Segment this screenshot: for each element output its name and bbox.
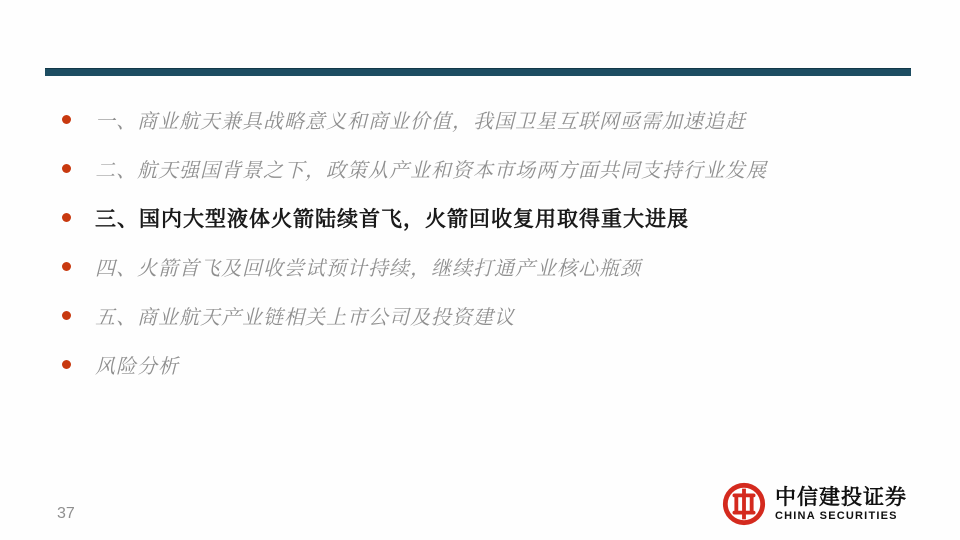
toc-item-label: 五、商业航天产业链相关上市公司及投资建议 — [95, 301, 515, 330]
slide: 一、商业航天兼具战略意义和商业价值，我国卫星互联网亟需加速追赶 二、航天强国背景… — [0, 0, 960, 540]
toc-item-label: 风险分析 — [95, 350, 179, 379]
toc-item: 五、商业航天产业链相关上市公司及投资建议 — [62, 291, 902, 340]
toc-list: 一、商业航天兼具战略意义和商业价值，我国卫星互联网亟需加速追赶 二、航天强国背景… — [62, 95, 902, 389]
toc-item: 三、国内大型液体火箭陆续首飞，火箭回收复用取得重大进展 — [62, 193, 902, 242]
toc-item-label: 四、火箭首飞及回收尝试预计持续，继续打通产业核心瓶颈 — [95, 252, 641, 281]
toc-item-label: 三、国内大型液体火箭陆续首飞，火箭回收复用取得重大进展 — [95, 203, 689, 233]
toc-item-label: 二、航天强国背景之下，政策从产业和资本市场两方面共同支持行业发展 — [95, 154, 767, 183]
citic-emblem-icon — [721, 481, 767, 527]
toc-item: 四、火箭首飞及回收尝试预计持续，继续打通产业核心瓶颈 — [62, 242, 902, 291]
company-logo-text: 中信建投证券 CHINA SECURITIES — [775, 487, 907, 522]
bullet-icon — [62, 213, 71, 222]
page-number: 37 — [57, 505, 75, 523]
toc-item: 二、航天强国背景之下，政策从产业和资本市场两方面共同支持行业发展 — [62, 144, 902, 193]
toc-item-label: 一、商业航天兼具战略意义和商业价值，我国卫星互联网亟需加速追赶 — [95, 105, 746, 134]
company-name-cn: 中信建投证券 — [775, 487, 907, 508]
bullet-icon — [62, 164, 71, 173]
top-rule — [45, 68, 911, 76]
toc-item: 风险分析 — [62, 340, 902, 389]
bullet-icon — [62, 311, 71, 320]
toc-item: 一、商业航天兼具战略意义和商业价值，我国卫星互联网亟需加速追赶 — [62, 95, 902, 144]
company-name-en: CHINA SECURITIES — [775, 511, 907, 522]
bullet-icon — [62, 360, 71, 369]
company-logo: 中信建投证券 CHINA SECURITIES — [721, 481, 907, 527]
bullet-icon — [62, 115, 71, 124]
bullet-icon — [62, 262, 71, 271]
